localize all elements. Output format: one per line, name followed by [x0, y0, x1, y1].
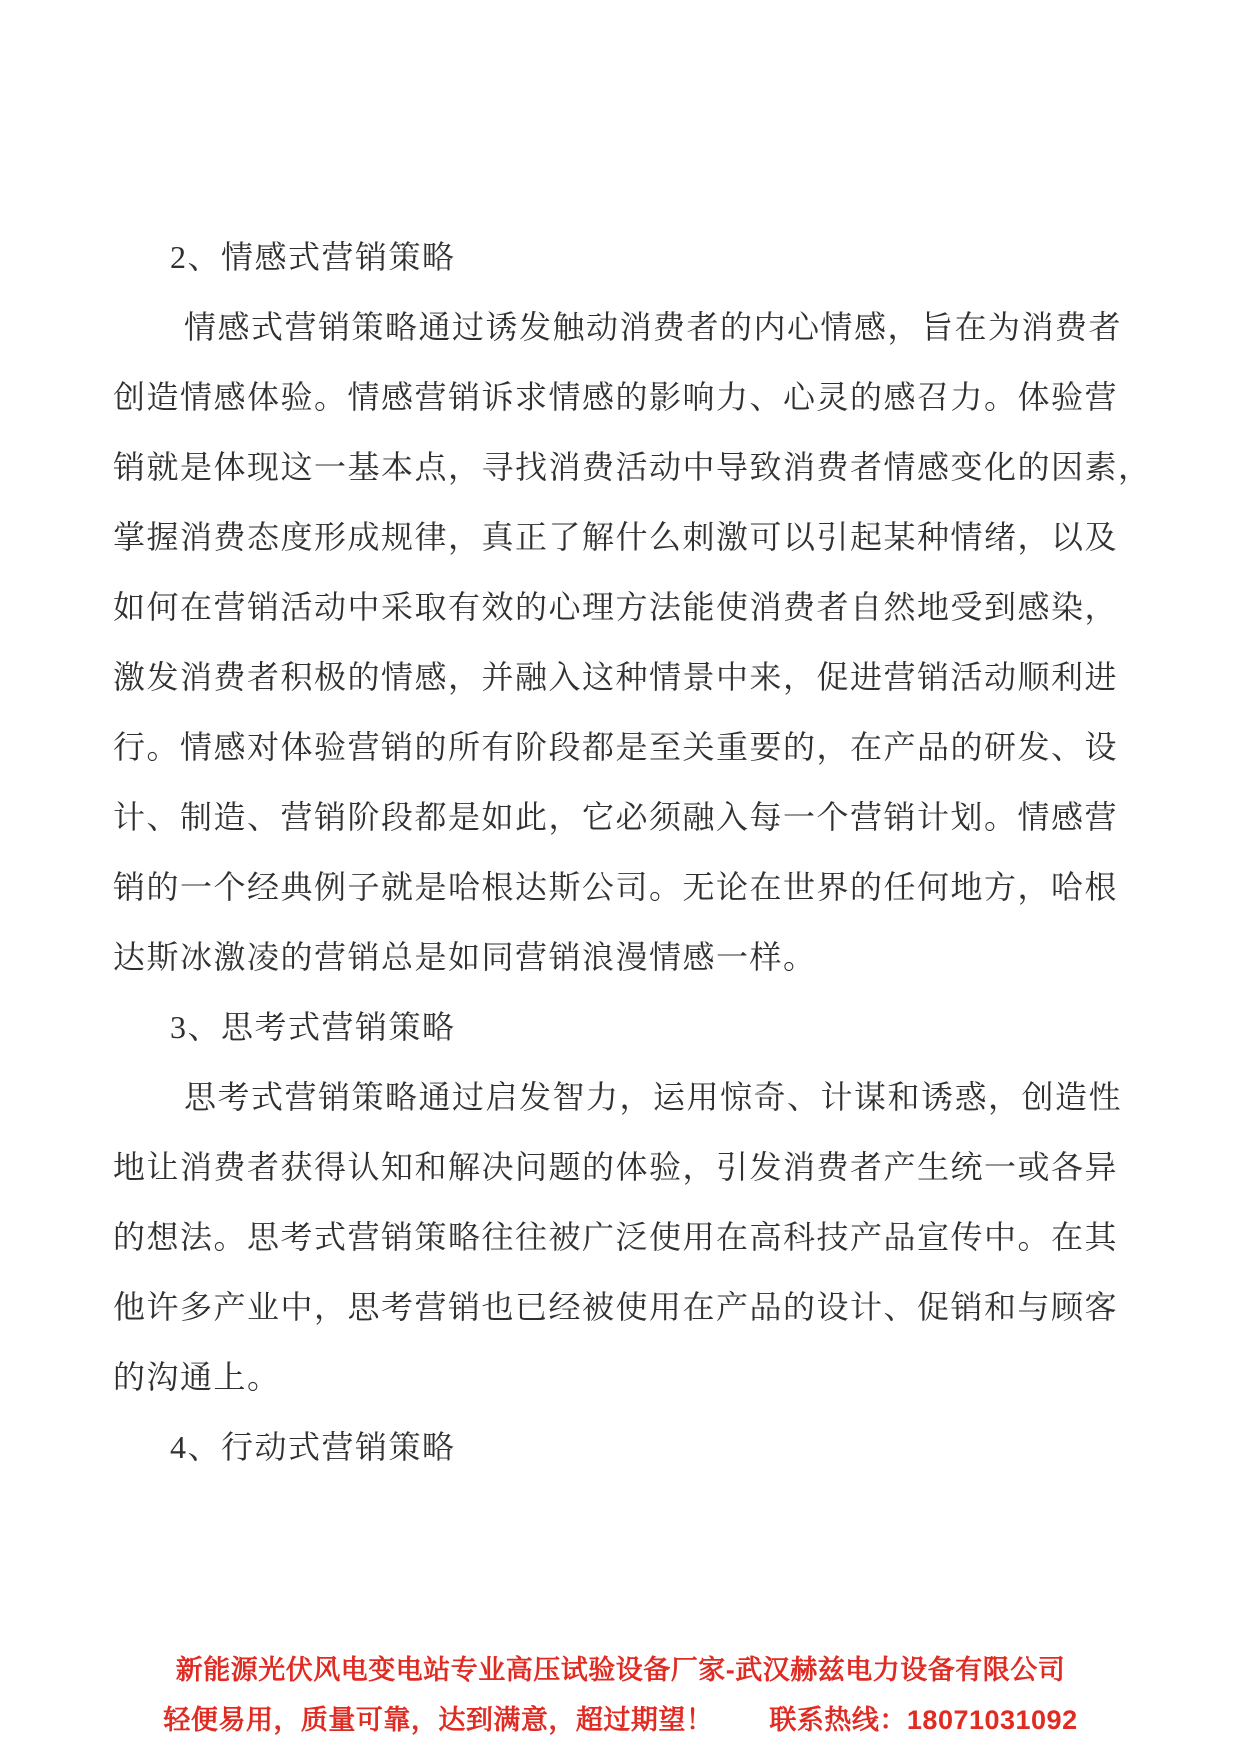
- text-line: 他许多产业中，思考营销也已经被使用在产品的设计、促销和与顾客: [113, 1272, 1131, 1342]
- text-line: 掌握消费态度形成规律，真正了解什么刺激可以引起某种情绪，以及: [113, 502, 1131, 572]
- page-footer: 新能源光伏风电变电站专业高压试验设备厂家-武汉赫兹电力设备有限公司 轻便易用，质…: [0, 1645, 1241, 1745]
- text-line: 行。情感对体验营销的所有阶段都是至关重要的，在产品的研发、设: [113, 712, 1131, 782]
- text-line: 地让消费者获得认知和解决问题的体验，引发消费者产生统一或各异: [113, 1132, 1131, 1202]
- footer-hotline: 联系热线：18071031092: [769, 1705, 1077, 1735]
- text-line: 的想法。思考式营销策略往往被广泛使用在高科技产品宣传中。在其: [113, 1202, 1131, 1272]
- footer-slogan: 轻便易用，质量可靠，达到满意，超过期望！: [163, 1705, 713, 1735]
- text-line: 思考式营销策略通过启发智力，运用惊奇、计谋和诱惑，创造性: [113, 1062, 1131, 1132]
- text-line: 激发消费者积极的情感，并融入这种情景中来，促进营销活动顺利进: [113, 642, 1131, 712]
- heading-thinking-marketing: 3、思考式营销策略: [113, 992, 1131, 1062]
- heading-emotional-marketing: 2、情感式营销策略: [113, 222, 1131, 292]
- document-page: 2、情感式营销策略 情感式营销策略通过诱发触动消费者的内心情感，旨在为消费者 创…: [0, 0, 1241, 1754]
- paragraph-thinking-marketing: 思考式营销策略通过启发智力，运用惊奇、计谋和诱惑，创造性 地让消费者获得认知和解…: [113, 1062, 1131, 1412]
- footer-company-line: 新能源光伏风电变电站专业高压试验设备厂家-武汉赫兹电力设备有限公司: [0, 1645, 1241, 1695]
- text-line: 的沟通上。: [113, 1342, 1131, 1412]
- text-line: 达斯冰激凌的营销总是如同营销浪漫情感一样。: [113, 922, 1131, 992]
- paragraph-emotional-marketing: 情感式营销策略通过诱发触动消费者的内心情感，旨在为消费者 创造情感体验。情感营销…: [113, 292, 1131, 992]
- text-line: 如何在营销活动中采取有效的心理方法能使消费者自然地受到感染，: [113, 572, 1131, 642]
- text-line: 销就是体现这一基本点，寻找消费活动中导致消费者情感变化的因素，: [113, 432, 1131, 502]
- document-body: 2、情感式营销策略 情感式营销策略通过诱发触动消费者的内心情感，旨在为消费者 创…: [113, 222, 1131, 1482]
- text-line: 销的一个经典例子就是哈根达斯公司。无论在世界的任何地方，哈根: [113, 852, 1131, 922]
- text-line: 创造情感体验。情感营销诉求情感的影响力、心灵的感召力。体验营: [113, 362, 1131, 432]
- text-line: 情感式营销策略通过诱发触动消费者的内心情感，旨在为消费者: [113, 292, 1131, 362]
- text-line: 计、制造、营销阶段都是如此，它必须融入每一个营销计划。情感营: [113, 782, 1131, 852]
- footer-slogan-line: 轻便易用，质量可靠，达到满意，超过期望！联系热线：18071031092: [0, 1695, 1241, 1745]
- heading-action-marketing: 4、行动式营销策略: [113, 1412, 1131, 1482]
